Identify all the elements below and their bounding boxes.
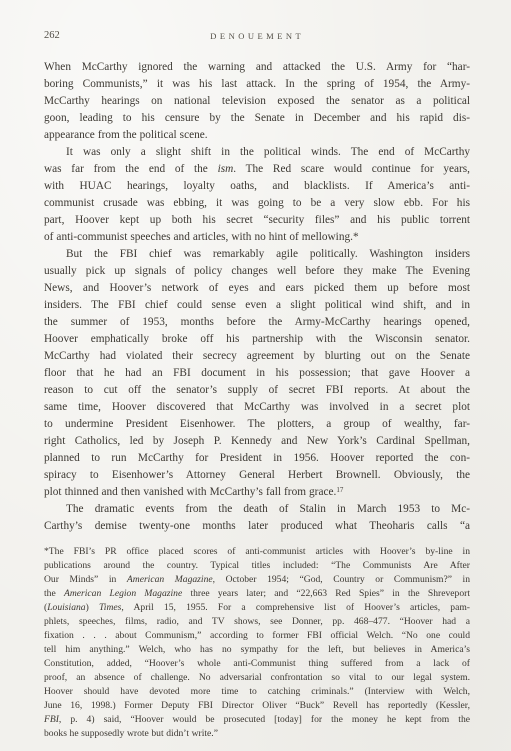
main-text: When McCarthy ignored the warning and at… <box>44 59 470 535</box>
page-number: 262 <box>44 29 60 43</box>
text-line: McCarthy hearings on national television… <box>44 93 470 110</box>
text-line: *The FBI’s PR office placed scores of an… <box>44 545 470 559</box>
footnote-reference: 17 <box>336 486 343 494</box>
paragraph: The dramatic events from the death of St… <box>44 501 470 535</box>
text-line: Carthy’s demise twenty-one months later … <box>44 518 470 535</box>
text-line: spiracy to Eisenhower’s Attorney General… <box>44 467 470 484</box>
text-line: But the FBI chief was remarkably agile p… <box>44 246 470 263</box>
text-line: reason to cut off the senator’s supply o… <box>44 382 470 399</box>
text-line: News, and Hoover’s network of eyes and e… <box>44 280 470 297</box>
text-line: It was only a slight shift in the politi… <box>44 144 470 161</box>
text-line: the American Legion Magazine three years… <box>44 587 470 601</box>
text-line: appearance from the political scene. <box>44 127 470 144</box>
text-line: books he supposedly wrote but didn’t wri… <box>44 727 470 741</box>
text-line: phlets, speeches, films, radio, and TV s… <box>44 615 470 629</box>
text-line: to undermine President Eisenhower. The p… <box>44 416 470 433</box>
text-line: usually pick up signals of policy change… <box>44 263 470 280</box>
paragraph: When McCarthy ignored the warning and at… <box>44 59 470 144</box>
text-line: planned to run McCarthy for President in… <box>44 450 470 467</box>
paragraph: It was only a slight shift in the politi… <box>44 144 470 246</box>
text-line: When McCarthy ignored the warning and at… <box>44 59 470 76</box>
paragraph: But the FBI chief was remarkably agile p… <box>44 246 470 501</box>
text-line: tell him anything.” Welch, who has no sy… <box>44 643 470 657</box>
text-line: insiders. The FBI chief could sense even… <box>44 297 470 314</box>
text-line: The dramatic events from the death of St… <box>44 501 470 518</box>
text-line: McCarthy had violated their secrecy agre… <box>44 348 470 365</box>
text-line: (Louisiana) Times, April 15, 1955. For a… <box>44 601 470 615</box>
text-line: boring Communists,” it was his last atta… <box>44 76 470 93</box>
text-line: part, Hoover kept up both his secret “se… <box>44 212 470 229</box>
text-line: of anti-communist speeches and articles,… <box>44 229 470 246</box>
text-line: was far from the end of the ism. The Red… <box>44 161 470 178</box>
text-line: with HUAC hearings, loyalty oaths, and b… <box>44 178 470 195</box>
text-line: proof, an absence of challenge. No adver… <box>44 671 470 685</box>
text-line: the summer of 1953, months before the Ar… <box>44 314 470 331</box>
paragraph: *The FBI’s PR office placed scores of an… <box>44 545 470 741</box>
text-line: plot thinned and then vanished with McCa… <box>44 484 470 501</box>
text-line: floor that he had an FBI document in his… <box>44 365 470 382</box>
text-line: June 16, 1998.) Former Deputy FBI Direct… <box>44 699 470 713</box>
text-line: Our Minds” in American Magazine, October… <box>44 573 470 587</box>
page-header: 262 DENOUEMENT <box>0 29 511 43</box>
text-line: Constitution, added, “Hoover’s whole ant… <box>44 657 470 671</box>
running-head: DENOUEMENT <box>0 29 511 43</box>
text-line: FBI, p. 4) said, “Hoover would be prosec… <box>44 713 470 727</box>
footnote: *The FBI’s PR office placed scores of an… <box>44 545 470 741</box>
text-line: communist crusade was ebbing, it was goi… <box>44 195 470 212</box>
text-line: same time, Hoover discovered that McCart… <box>44 399 470 416</box>
text-line: Hoover should have devoted more time to … <box>44 685 470 699</box>
text-line: fixation . . . about Communism,” accordi… <box>44 629 470 643</box>
text-line: right Catholics, led by Joseph P. Kenned… <box>44 433 470 450</box>
text-line: goon, leading to his censure by the Sena… <box>44 110 470 127</box>
text-line: publications around the country. Typical… <box>44 559 470 573</box>
book-page: 262 DENOUEMENT When McCarthy ignored the… <box>0 0 511 751</box>
text-line: Hoover emphatically broke off his partne… <box>44 331 470 348</box>
